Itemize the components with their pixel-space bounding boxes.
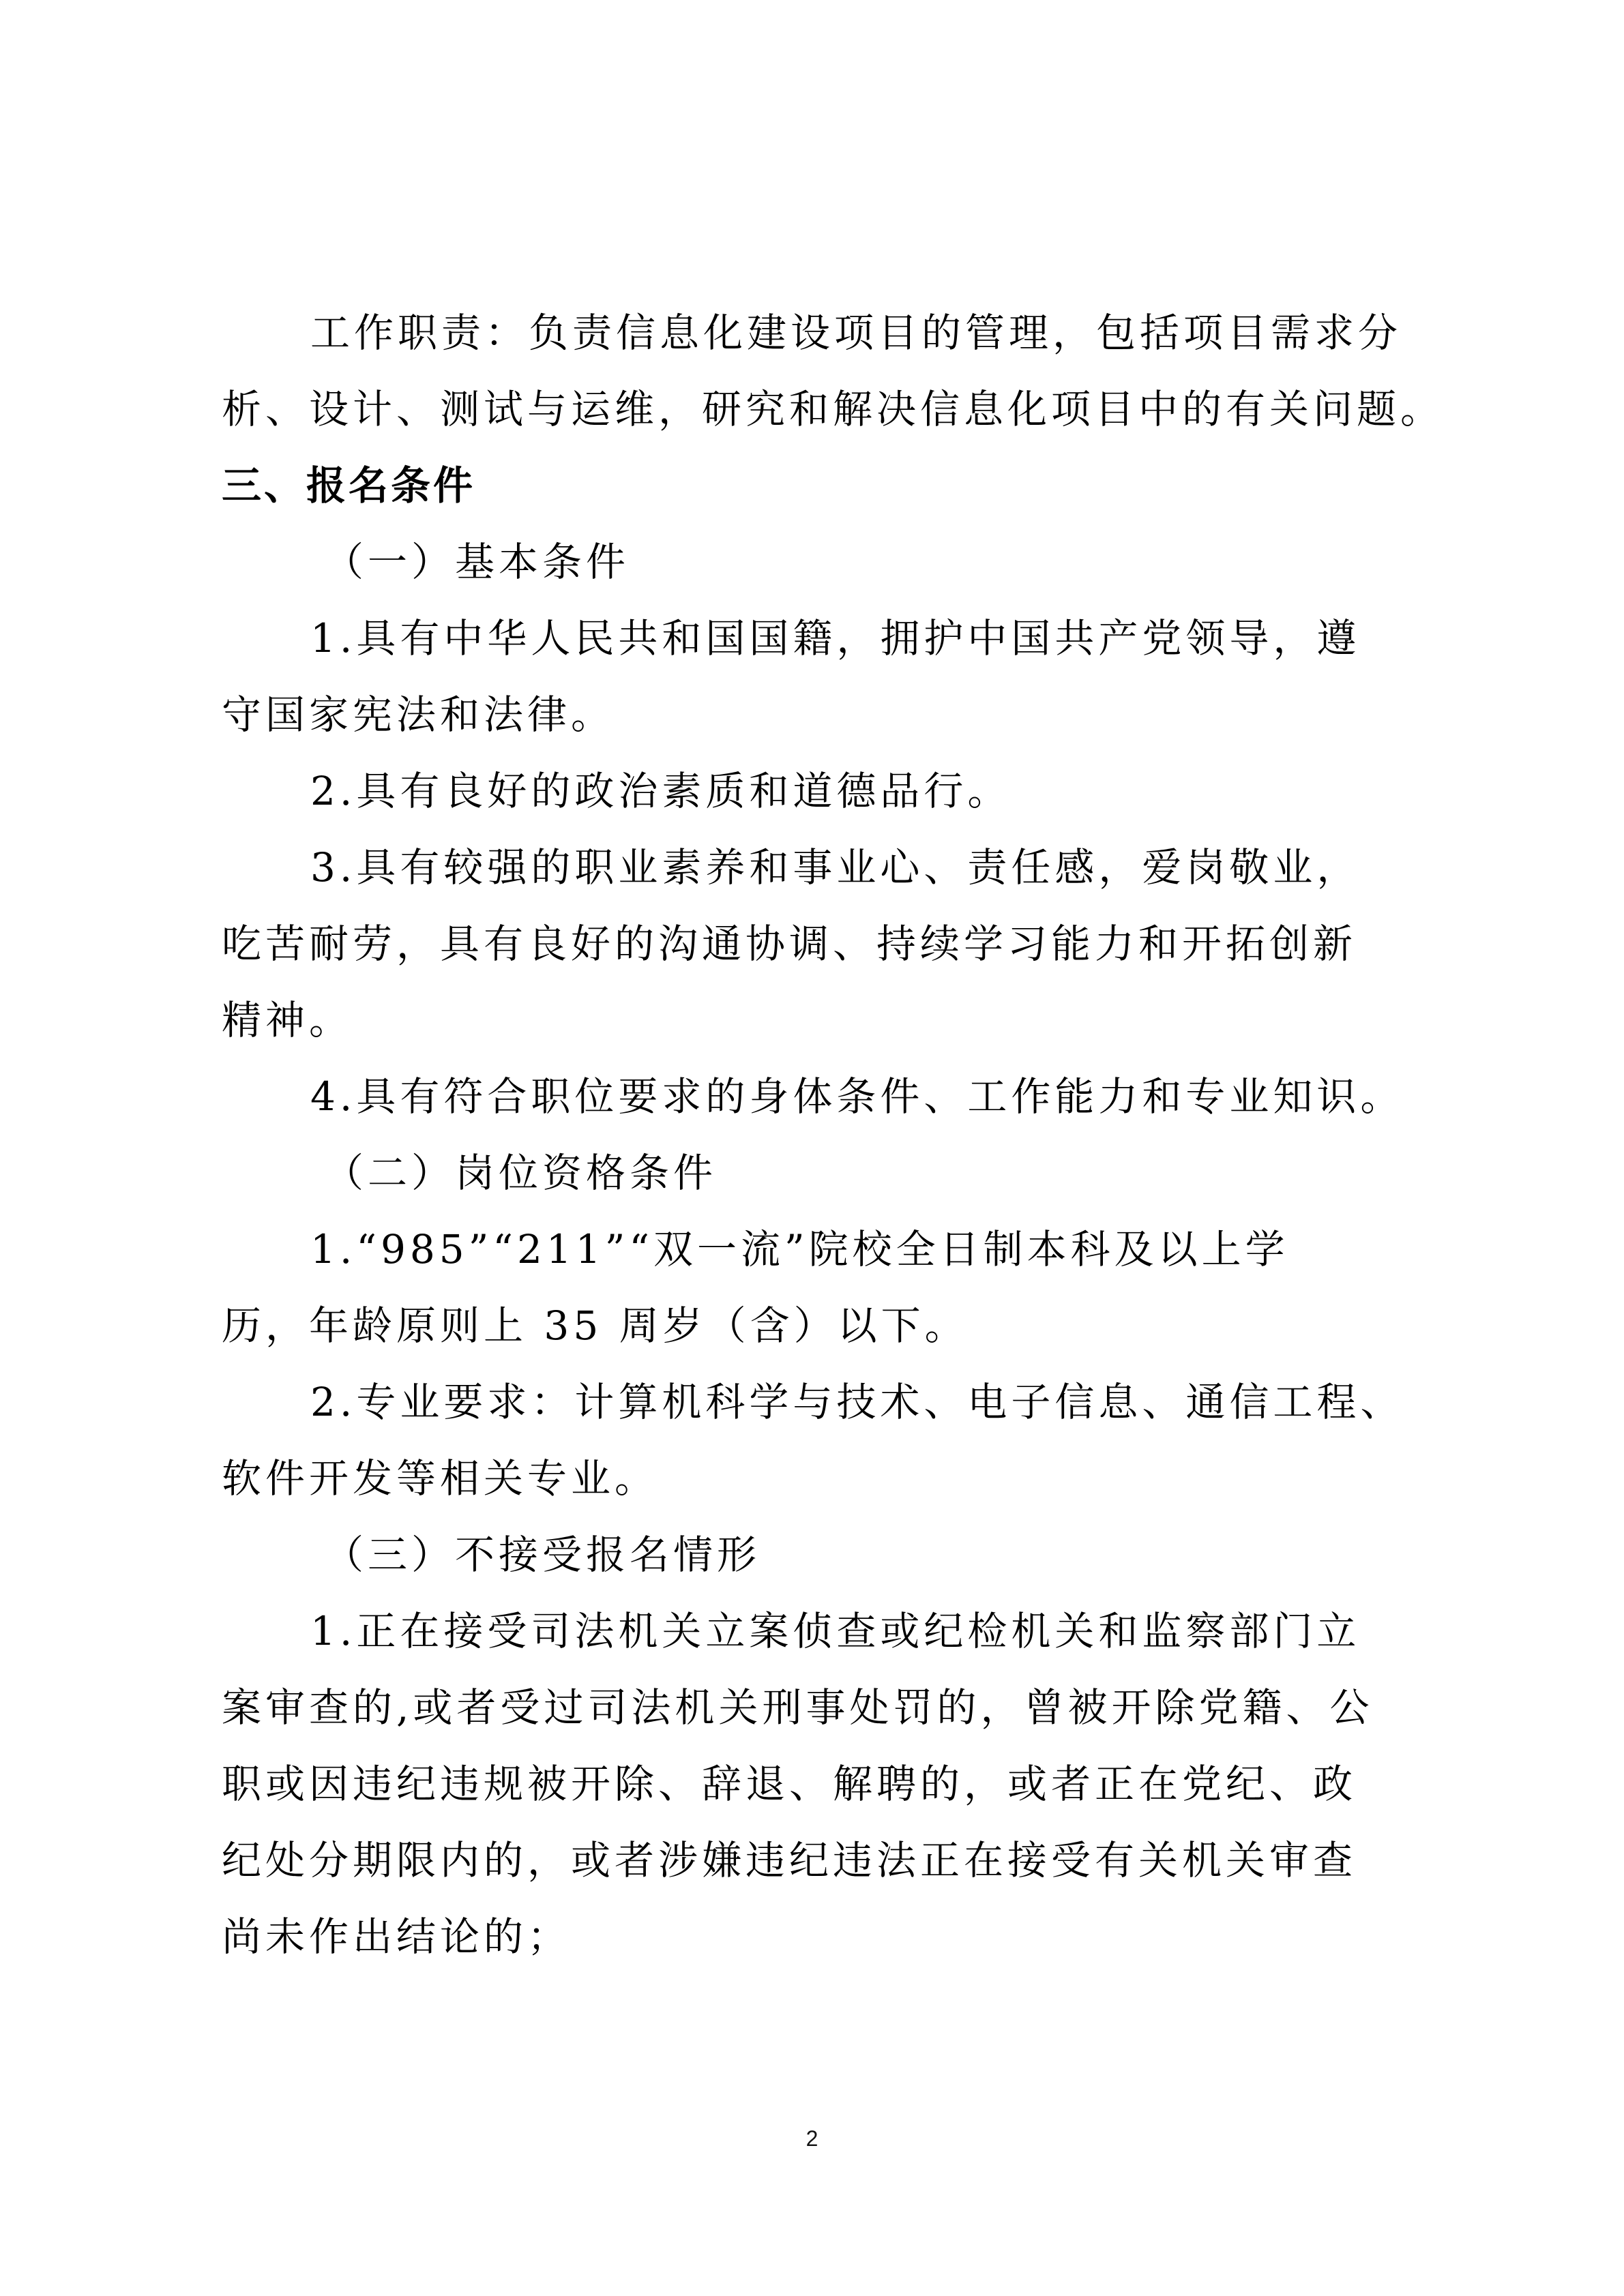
body-line: 吃苦耐劳，具有良好的沟通协调、持续学习能力和开拓创新 bbox=[222, 906, 1422, 982]
body-line: 析、设计、测试与运维，研究和解决信息化项目中的有关问题。 bbox=[222, 371, 1422, 447]
section-heading: 三、报名条件 bbox=[222, 447, 1422, 524]
body-line: 软件开发等相关专业。 bbox=[222, 1440, 1422, 1517]
body-line: 守国家宪法和法律。 bbox=[222, 676, 1422, 753]
subsection-heading: （一）基本条件 bbox=[222, 524, 1422, 600]
body-line: 2.专业要求：计算机科学与技术、电子信息、通信工程、 bbox=[222, 1364, 1422, 1440]
page-number: 2 bbox=[0, 2126, 1624, 2151]
body-line: 2.具有良好的政治素质和道德品行。 bbox=[222, 753, 1422, 829]
body-line: 4.具有符合职位要求的身体条件、工作能力和专业知识。 bbox=[222, 1058, 1422, 1135]
subsection-heading: （二）岗位资格条件 bbox=[222, 1135, 1422, 1211]
body-line: 案审查的,或者受过司法机关刑事处罚的，曾被开除党籍、公 bbox=[222, 1669, 1422, 1746]
body-line: 1.正在接受司法机关立案侦查或纪检机关和监察部门立 bbox=[222, 1593, 1422, 1669]
body-line: 1.具有中华人民共和国国籍，拥护中国共产党领导，遵 bbox=[222, 600, 1422, 676]
body-line: 历，年龄原则上 35 周岁（含）以下。 bbox=[222, 1287, 1422, 1364]
body-line: 纪处分期限内的，或者涉嫌违纪违法正在接受有关机关审查 bbox=[222, 1822, 1422, 1898]
body-line: 职或因违纪违规被开除、辞退、解聘的，或者正在党纪、政 bbox=[222, 1746, 1422, 1822]
subsection-heading: （三）不接受报名情形 bbox=[222, 1517, 1422, 1593]
body-line: 尚未作出结论的； bbox=[222, 1898, 1422, 1975]
body-line: 1.“985”“211”“双一流”院校全日制本科及以上学 bbox=[222, 1211, 1422, 1287]
body-line: 3.具有较强的职业素养和事业心、责任感，爱岗敬业， bbox=[222, 829, 1422, 906]
body-line: 精神。 bbox=[222, 982, 1422, 1058]
document-page: 工作职责：负责信息化建设项目的管理，包括项目需求分 析、设计、测试与运维，研究和… bbox=[222, 295, 1422, 1975]
body-line: 工作职责：负责信息化建设项目的管理，包括项目需求分 bbox=[222, 295, 1422, 371]
